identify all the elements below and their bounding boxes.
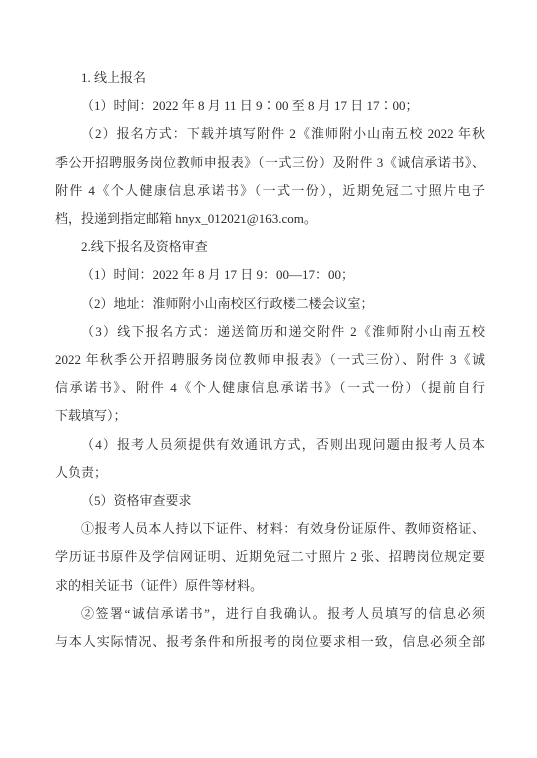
text-line-commitment-2: 与本人实际情况、报考条件和所报考的岗位要求相一致，信息必须全部 [55, 628, 485, 656]
text-line-online-method-1: （2）报名方式：下载并填写附件 2《淮师附小山南五校 2022 年秋 [55, 120, 485, 148]
document-page: 1. 线上报名 （1）时间：2022 年 8 月 11 日 9∶00 至 8 月… [0, 0, 537, 758]
text-line-offline-time: （1）时间：2022 年 8 月 17 日 9：00—17：00； [55, 261, 485, 289]
text-line-contact-requirement-2: 人负责； [55, 459, 485, 487]
text-line-commitment-1: ②签署“诚信承诺书”，进行自我确认。报考人员填写的信息必须 [55, 600, 485, 628]
text-line-online-time: （1）时间：2022 年 8 月 11 日 9∶00 至 8 月 17 日 17… [55, 92, 485, 120]
text-line-offline-method-4: 下载填写）； [55, 402, 485, 430]
text-line-offline-method-2: 2022 年秋季公开招聘服务岗位教师申报表》（一式三份）、附件 3《诚 [55, 346, 485, 374]
text-line-materials-2: 学历证书原件及学信网证明、近期免冠二寸照片 2 张、招聘岗位规定要 [55, 543, 485, 571]
text-line-materials-3: 求的相关证书（证件）原件等材料。 [55, 572, 485, 600]
text-line-heading-online-signup: 1. 线上报名 [55, 64, 485, 92]
text-line-online-method-email: 档，投递到指定邮箱 hnyx_012021@163.com。 [55, 205, 485, 233]
text-line-offline-address: （2）地址：淮师附小山南校区行政楼二楼会议室； [55, 290, 485, 318]
text-line-materials-1: ①报考人员本人持以下证件、材料：有效身份证原件、教师资格证、 [55, 515, 485, 543]
text-line-online-method-2: 季公开招聘服务岗位教师申报表》（一式三份）及附件 3《诚信承诺书》、 [55, 149, 485, 177]
text-line-online-method-3: 附件 4《个人健康信息承诺书》（一式一份），近期免冠二寸照片电子 [55, 177, 485, 205]
text-line-heading-qualification-review: （5）资格审查要求 [55, 487, 485, 515]
text-line-offline-method-3: 信承诺书》、附件 4《个人健康信息承诺书》（一式一份）（提前自行 [55, 374, 485, 402]
text-line-offline-method-1: （3）线下报名方式：递送简历和递交附件 2《淮师附小山南五校 [55, 318, 485, 346]
document-body: 1. 线上报名 （1）时间：2022 年 8 月 11 日 9∶00 至 8 月… [55, 64, 485, 656]
text-line-contact-requirement-1: （4）报考人员须提供有效通讯方式，否则出现问题由报考人员本 [55, 431, 485, 459]
text-line-heading-offline-signup: 2.线下报名及资格审查 [55, 233, 485, 261]
